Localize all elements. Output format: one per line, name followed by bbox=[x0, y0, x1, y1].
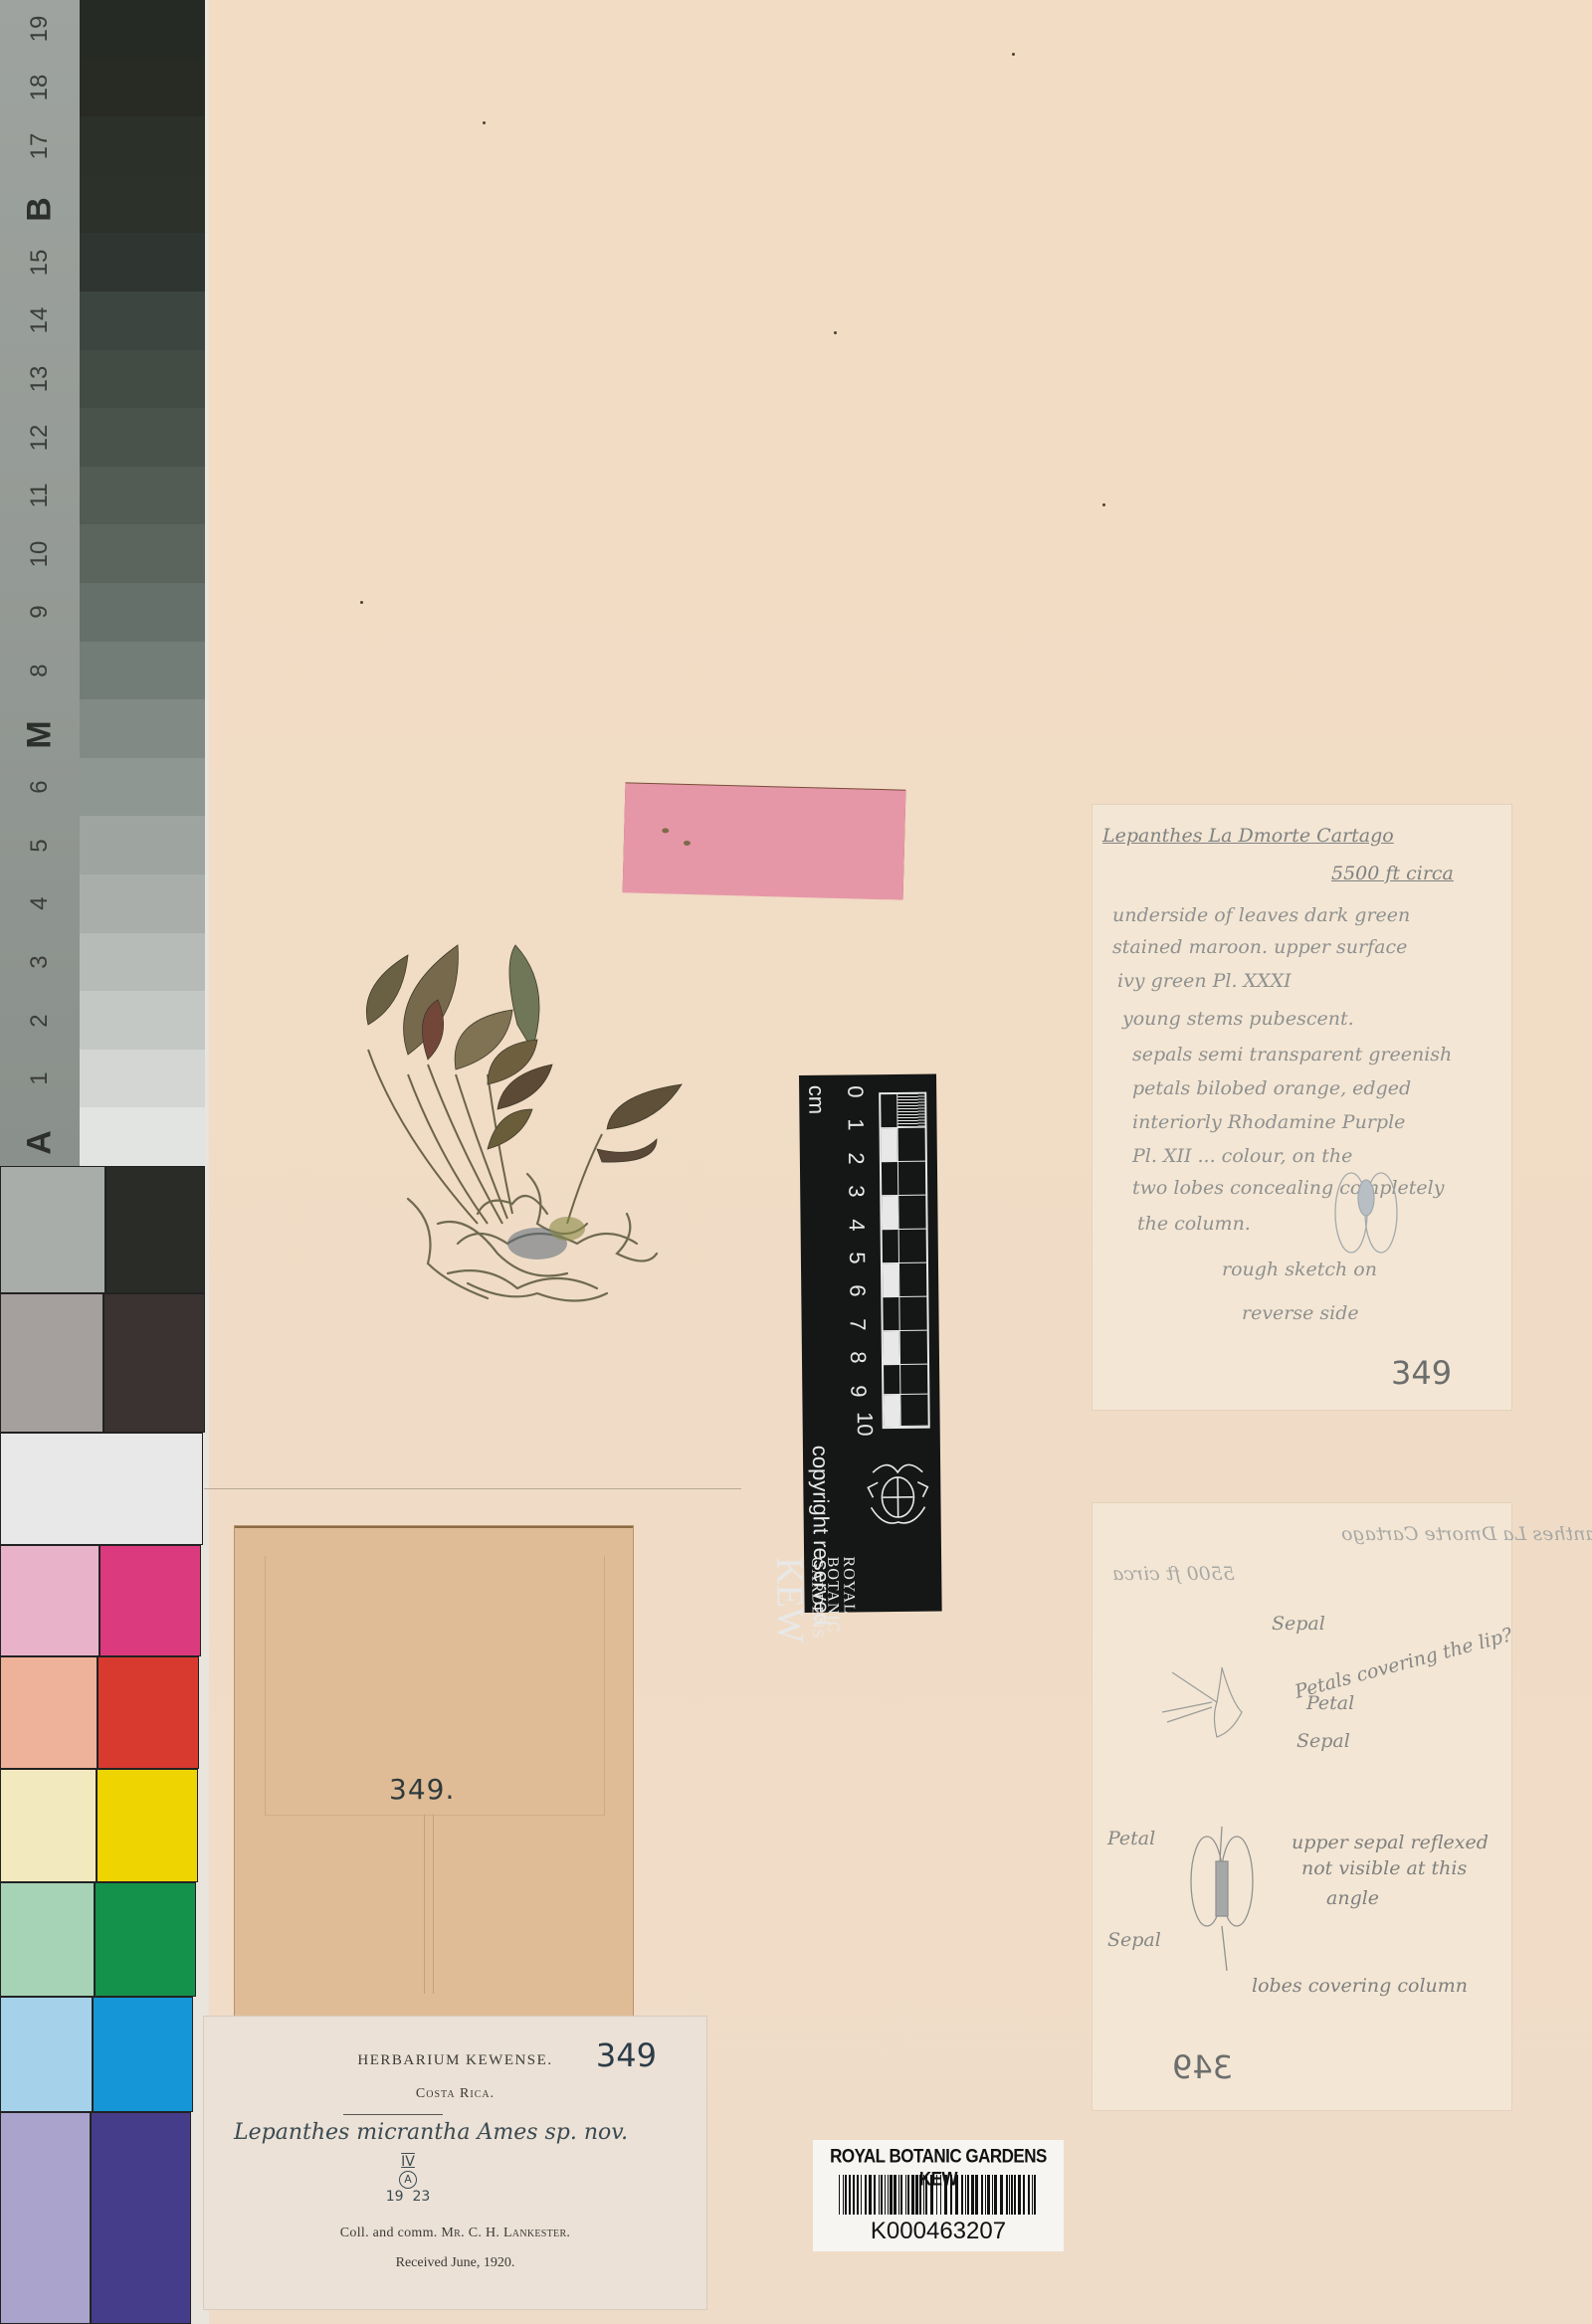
grey-step-label: 8 bbox=[26, 645, 54, 696]
note-angle: angle bbox=[1326, 1887, 1379, 1909]
ruler-tick-label: 2 bbox=[843, 1152, 869, 1165]
color-patch-salmon bbox=[0, 1656, 98, 1769]
sketch-label-sepal-top: Sepal bbox=[1272, 1613, 1325, 1635]
grey-step bbox=[80, 0, 205, 60]
color-calibration-strip: 191817B15141312111098M654321A bbox=[0, 0, 209, 2324]
field-note-line: interiorly Rhodamine Purple bbox=[1132, 1111, 1405, 1133]
color-patch-cream bbox=[0, 1769, 97, 1882]
grey-step-label: 1 bbox=[26, 1053, 54, 1104]
field-note-line: Pl. XII ... colour, on the bbox=[1132, 1145, 1352, 1167]
debris-speck bbox=[483, 121, 486, 124]
grey-step bbox=[80, 116, 205, 176]
collector-line: Coll. and comm. Mr. C. H. Lankester. bbox=[204, 2226, 706, 2241]
sketch-label-sepal-2: Sepal bbox=[1107, 1929, 1161, 1951]
grey-step-label: 15 bbox=[26, 237, 54, 289]
field-notes-number: 349 bbox=[1391, 1354, 1452, 1392]
barcode-icon[interactable] bbox=[839, 2175, 1038, 2215]
note-lobes-covering: lobes covering column bbox=[1252, 1975, 1468, 1997]
color-patch-green bbox=[95, 1882, 196, 1997]
field-notes-front: Lepanthes La Dmorte Cartago5500 ft circa… bbox=[1092, 804, 1512, 1411]
ruler-tick-label: 1 bbox=[843, 1119, 869, 1132]
field-notes-back: Lepanthes La Dmorte Cartago 5500 ft circ… bbox=[1092, 1502, 1512, 2111]
collector-name: Mr. C. H. Lankester. bbox=[441, 2226, 570, 2240]
dried-orchid-specimen bbox=[338, 925, 687, 1313]
collector-prefix: Coll. and comm. bbox=[340, 2226, 438, 2240]
grey-step bbox=[80, 583, 205, 643]
brand-royal: ROYAL bbox=[840, 1556, 857, 1643]
field-note-line: petals bilobed orange, edged bbox=[1132, 1077, 1411, 1099]
sketch-label-petal: Petal bbox=[1306, 1692, 1354, 1714]
color-patch-light-grey bbox=[0, 1166, 105, 1293]
color-patch-black bbox=[105, 1166, 205, 1293]
grey-step bbox=[80, 233, 205, 292]
scale-ruler: cm 012345678910 copyright reserved bbox=[799, 1074, 942, 1613]
grey-step bbox=[80, 408, 205, 468]
color-patch-light-blue bbox=[0, 1997, 93, 2112]
note-not-visible: not visible at this bbox=[1301, 1857, 1467, 1879]
brand-botanic: BOTANIC bbox=[824, 1557, 841, 1644]
debris-speck bbox=[834, 331, 837, 334]
field-note-line: Lepanthes La Dmorte Cartago bbox=[1102, 825, 1394, 847]
grey-step-label: 17 bbox=[26, 120, 54, 172]
envelope-seam bbox=[424, 1815, 434, 1994]
color-patch-lavender bbox=[0, 2112, 91, 2324]
field-note-line: young stems pubescent. bbox=[1122, 1008, 1354, 1030]
collection-number: 349 bbox=[596, 2036, 657, 2074]
debris-speck bbox=[1102, 503, 1105, 506]
determination-roman: IV bbox=[383, 2154, 433, 2171]
grey-step-label: 14 bbox=[26, 294, 54, 346]
grey-step bbox=[80, 524, 205, 584]
barcode-label: ROYAL BOTANIC GARDENS KEW K000463207 bbox=[813, 2140, 1064, 2251]
ruler-tick-label: 10 bbox=[852, 1412, 878, 1437]
barcode-number: K000463207 bbox=[813, 2218, 1064, 2245]
grey-step-label: B bbox=[21, 184, 60, 236]
color-patch-purple bbox=[91, 2112, 191, 2324]
grey-step-label: 5 bbox=[26, 820, 54, 871]
grey-step bbox=[80, 991, 205, 1051]
color-patch-magenta bbox=[99, 1545, 201, 1656]
field-note-line: the column. bbox=[1137, 1213, 1251, 1235]
ruler-tick-label: 4 bbox=[844, 1219, 870, 1232]
ruler-tick-label: 7 bbox=[845, 1318, 871, 1331]
grey-step bbox=[80, 642, 205, 701]
grey-step bbox=[80, 467, 205, 526]
grey-step-label: 10 bbox=[26, 528, 54, 580]
field-note-line: reverse side bbox=[1242, 1302, 1359, 1324]
grey-step bbox=[80, 758, 205, 818]
note-upper-sepal: upper sepal reflexed bbox=[1292, 1832, 1489, 1853]
color-patch-yellow bbox=[97, 1769, 198, 1882]
flower-side-sketch bbox=[1162, 1662, 1282, 1742]
mirrored-number: 349 bbox=[1172, 2048, 1233, 2086]
grey-step-label: 19 bbox=[26, 3, 54, 55]
grey-step-label: 12 bbox=[26, 412, 54, 464]
herbarium-label: HERBARIUM KEWENSE. Costa Rica. 349 Lepan… bbox=[203, 2016, 707, 2310]
label-rule bbox=[343, 2114, 443, 2115]
ruler-scale-bars bbox=[879, 1092, 930, 1429]
grey-step-label: M bbox=[21, 708, 60, 760]
ruler-tick-label: 5 bbox=[844, 1252, 870, 1264]
determination-circle: A bbox=[399, 2171, 417, 2189]
taxon-name: Lepanthes micrantha Ames sp. nov. bbox=[234, 2120, 628, 2145]
royal-coat-of-arms-icon bbox=[863, 1452, 933, 1543]
grey-step-label: 4 bbox=[26, 877, 54, 929]
det-year-left: 19 bbox=[386, 2189, 404, 2205]
grey-step-label: 3 bbox=[26, 936, 54, 988]
color-patch-mint bbox=[0, 1882, 95, 1997]
field-note-line: sepals semi transparent greenish bbox=[1132, 1044, 1452, 1065]
grey-step bbox=[80, 816, 205, 875]
sketch-label-sepal: Sepal bbox=[1296, 1730, 1350, 1752]
grey-step bbox=[80, 350, 205, 410]
field-note-line: ivy green Pl. XXXI bbox=[1117, 970, 1292, 992]
mirrored-heading: Lepanthes La Dmorte Cartago bbox=[1341, 1523, 1592, 1545]
grey-step-label: 13 bbox=[26, 353, 54, 405]
grey-step-label: 18 bbox=[26, 62, 54, 113]
mirrored-altitude: 5500 ft circa bbox=[1112, 1563, 1235, 1585]
grey-step bbox=[80, 874, 205, 934]
sheet-divider-line bbox=[204, 1488, 741, 1489]
flower-front-sketch bbox=[1172, 1822, 1272, 1971]
grey-step-label: A bbox=[21, 1116, 60, 1168]
stain-spot bbox=[684, 841, 691, 846]
sketch-label-petals-covering: Petals covering the lip? bbox=[1293, 1624, 1514, 1703]
ruler-tick-label: 6 bbox=[844, 1285, 870, 1298]
grey-step bbox=[80, 175, 205, 235]
debris-speck bbox=[1012, 53, 1015, 56]
color-patch-white bbox=[0, 1433, 203, 1545]
determination-mark: IV A 19 23 bbox=[383, 2154, 433, 2206]
grey-scale-label-column bbox=[0, 0, 80, 1166]
grey-step bbox=[80, 699, 205, 759]
grey-step bbox=[80, 59, 205, 118]
grey-step bbox=[80, 1050, 205, 1109]
field-note-line: underside of leaves dark green bbox=[1112, 904, 1410, 926]
ruler-tick-label: 8 bbox=[845, 1351, 871, 1364]
grey-step bbox=[80, 1107, 205, 1167]
pink-tag bbox=[623, 783, 906, 899]
specimen-envelope[interactable]: 349. bbox=[234, 1525, 634, 2021]
grey-scale-steps bbox=[80, 0, 205, 1166]
field-note-line: 5500 ft circa bbox=[1331, 863, 1454, 884]
ruler-tick-label: 9 bbox=[845, 1385, 871, 1398]
grey-step bbox=[80, 933, 205, 993]
grey-step-label: 6 bbox=[26, 761, 54, 813]
color-patch-blue bbox=[93, 1997, 193, 2112]
grey-step-label: 9 bbox=[26, 586, 54, 638]
received-date: Received June, 1920. bbox=[204, 2255, 706, 2271]
ruler-unit: cm bbox=[803, 1085, 829, 1115]
sketch-label-petal-2: Petal bbox=[1107, 1828, 1155, 1849]
country: Costa Rica. bbox=[204, 2086, 706, 2102]
envelope-number: 349. bbox=[389, 1773, 455, 1806]
stain-spot bbox=[662, 828, 669, 833]
kew-brand: ROYAL BOTANIC GARDENS KEW bbox=[770, 1556, 857, 1643]
color-patch-dark-brown-grey bbox=[103, 1293, 205, 1433]
brand-kew: KEW bbox=[770, 1557, 809, 1644]
grey-step-label: 2 bbox=[26, 995, 54, 1047]
field-note-line: stained maroon. upper surface bbox=[1112, 936, 1407, 958]
debris-speck bbox=[360, 601, 363, 604]
color-patch-mid-grey bbox=[0, 1293, 103, 1433]
ruler-tick-label: 0 bbox=[842, 1085, 868, 1098]
flower-sketch bbox=[1321, 1143, 1411, 1292]
color-patch-light-pink bbox=[0, 1545, 99, 1656]
color-patch-red bbox=[98, 1656, 199, 1769]
det-year-right: 23 bbox=[412, 2189, 430, 2205]
grey-step-label: 11 bbox=[26, 470, 54, 521]
ruler-tick-label: 3 bbox=[843, 1185, 869, 1198]
grey-step bbox=[80, 291, 205, 351]
